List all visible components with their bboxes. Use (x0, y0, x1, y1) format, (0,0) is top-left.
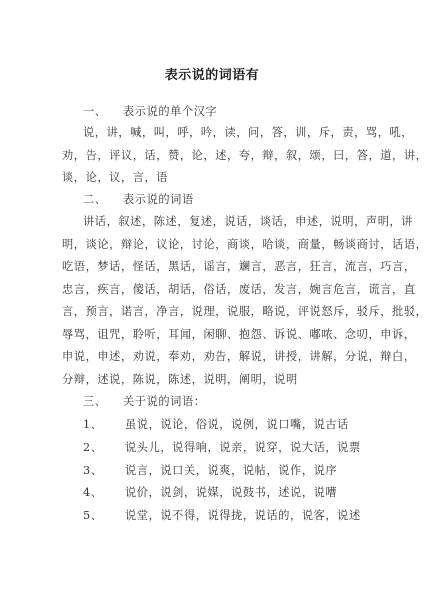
list-item-number: 1、 (83, 418, 125, 432)
list-item: 4、说价，说剑，说媒，说鼓书，述说，说嘈 (62, 486, 395, 500)
list-item-text: 说堂，说不得，说得拢，说话的，说客，说述 (125, 509, 361, 522)
list-item-number: 5、 (83, 509, 125, 523)
section-heading-2: 二、表示说的词语 (62, 193, 395, 207)
paragraph-line: 忠言，疾言，傻话，胡话，俗话，废话，发言，婉言危言，谎言，直 (62, 283, 374, 297)
section-heading-text: 关于说的词语： (123, 395, 206, 409)
document-page: 表示说的词语有 一、表示说的单个汉字 说，讲，喊，叫，呼，吟，读，问，答，训，斥… (0, 0, 424, 600)
list-item-number: 4、 (83, 486, 125, 500)
list-item-text: 虽说，说论，俗说，说例，说口嘴，说古话 (125, 418, 349, 431)
section-heading-1: 一、表示说的单个汉字 (62, 105, 395, 119)
section-heading-3: 三、关于说的词语： (62, 395, 395, 409)
paragraph-line: 言，预言，诺言，净言，说理，说服，略说，评说怒斥，驳斥，批驳， (62, 305, 374, 319)
paragraph-line: 分辩，述说，陈说，陈述，说明，阐明，说明 (62, 373, 374, 387)
section-number: 二、 (83, 193, 123, 207)
list-item-number: 3、 (83, 464, 125, 478)
paragraph-line: 讲话，叙述，陈述，复述，说话，谈话，申述，说明，声明，讲 (62, 215, 395, 229)
list-item-number: 2、 (83, 441, 125, 455)
list-item-text: 说言，说口关，说爽，说帖，说作，说序 (125, 464, 337, 477)
document-title: 表示说的词语有 (0, 64, 424, 83)
list-item-text: 说头儿，说得响，说亲，说穿，说大话，说票 (125, 441, 361, 454)
paragraph-line: 谈，论，议，言，语 (62, 171, 374, 185)
list-item: 2、说头儿，说得响，说亲，说穿，说大话，说票 (62, 441, 395, 455)
list-item-text: 说价，说剑，说媒，说鼓书，述说，说嘈 (125, 486, 337, 499)
paragraph-line: 明，谈论，辩论，议论，讨论，商谈，哈谈，商量，畅谈商讨，话语， (62, 238, 374, 252)
paragraph-line: 申说，申述，劝说，奉劝，劝告，解说，讲授，讲解，分说，辩白， (62, 350, 374, 364)
paragraph-line: 辱骂，诅咒，聆听，耳闻，闲聊、抱怨、诉说、嘟哝、念叨，申诉， (62, 328, 374, 342)
paragraph-line: 劝，告，评议，话，赞，论，述，夸，辩，叙，颂，曰，答，道，讲， (62, 149, 374, 163)
list-item: 5、说堂，说不得，说得拢，说话的，说客，说述 (62, 509, 395, 523)
section-number: 三、 (83, 395, 123, 409)
list-item: 3、说言，说口关，说爽，说帖，说作，说序 (62, 464, 395, 478)
section-heading-text: 表示说的单个汉字 (123, 105, 217, 119)
paragraph-line: 说，讲，喊，叫，呼，吟，读，问，答，训，斥，责，骂，吼， (62, 126, 395, 140)
section-heading-text: 表示说的词语 (123, 193, 194, 207)
list-item: 1、虽说，说论，俗说，说例，说口嘴，说古话 (62, 418, 395, 432)
paragraph-line: 吃语，梦话，怪话，黑话，谣言，斓言，恶言，狂言，流言，巧言， (62, 260, 374, 274)
section-number: 一、 (83, 105, 123, 119)
